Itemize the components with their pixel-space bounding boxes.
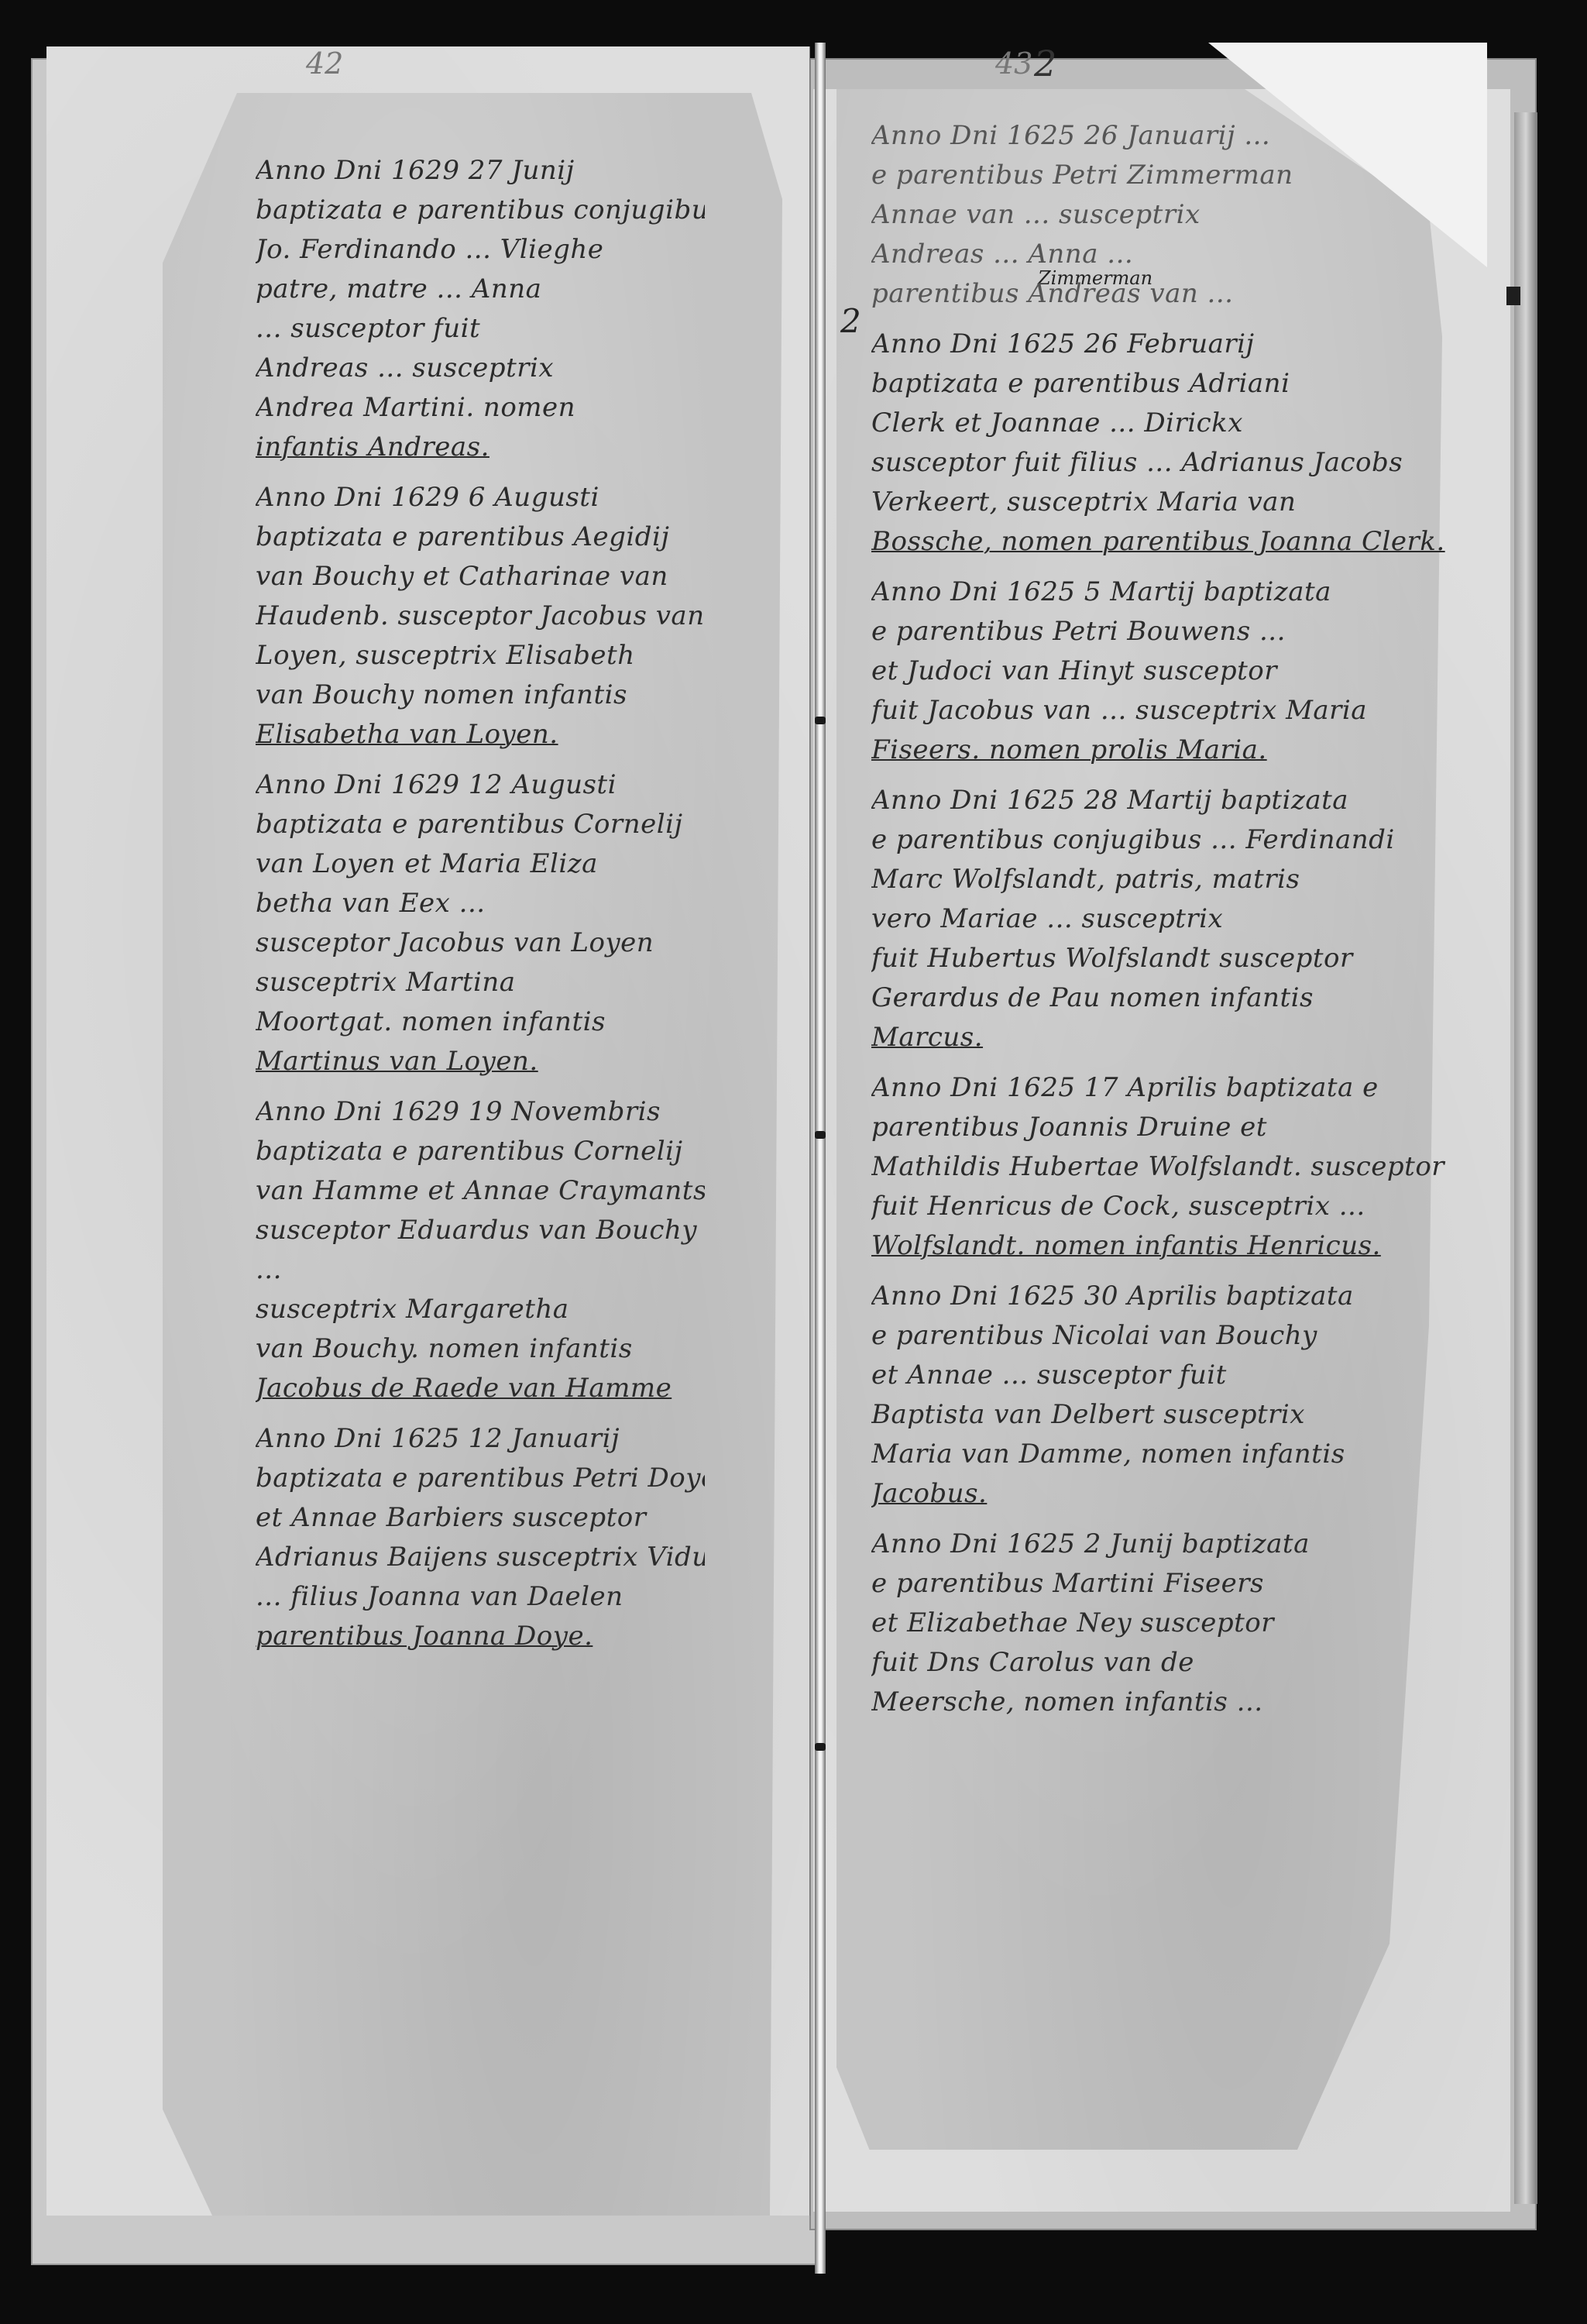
entry-line: Annae van ... susceptrix: [871, 195, 1475, 235]
binding-stitch: [815, 1743, 826, 1751]
baptism-entry: Anno Dni 1625 17 Aprilis baptizata epare…: [871, 1068, 1475, 1266]
entry-line: e parentibus Nicolai van Bouchy: [871, 1316, 1475, 1356]
baptism-entry: Anno Dni 1625 26 Februarijbaptizata e pa…: [871, 325, 1475, 562]
right-fore-edge: [1514, 112, 1537, 2204]
edge-tab-mark: [1506, 287, 1520, 305]
left-folio-number: 42: [306, 46, 343, 81]
entry-line: fuit Jacobus van ... susceptrix Maria: [871, 691, 1475, 731]
entry-line: Andrea Martini. nomen: [256, 388, 705, 428]
entry-line: et Elizabethae Ney susceptor: [871, 1604, 1475, 1643]
entry-line: Anno Dni 1625 26 Januarij ...: [871, 116, 1475, 156]
entry-date-line: Anno Dni 1629 12 Augusti: [256, 765, 705, 805]
baptism-entry: Anno Dni 1629 12 Augustibaptizata e pare…: [256, 765, 705, 1081]
entry-line: Marcus.: [871, 1018, 1475, 1057]
entry-line: e parentibus Petri Bouwens ...: [871, 612, 1475, 651]
binding-stitch: [815, 1131, 826, 1139]
baptism-entry: Anno Dni 1625 28 Martij baptizatae paren…: [871, 781, 1475, 1057]
entry-line: baptizata e parentibus Petri Doye: [256, 1459, 705, 1498]
entry-line: Loyen, susceptrix Elisabeth: [256, 636, 705, 676]
entry-line: fuit Hubertus Wolfslandt susceptor: [871, 939, 1475, 978]
entry-line: Marc Wolfslandt, patris, matris: [871, 860, 1475, 899]
entry-date-line: Anno Dni 1625 28 Martij baptizata: [871, 781, 1475, 820]
entry-line: Maria van Damme, nomen infantis: [871, 1435, 1475, 1474]
entry-line: susceptrix Margaretha: [256, 1290, 705, 1329]
baptism-entry: Anno Dni 1625 2 Junij baptizatae parenti…: [871, 1525, 1475, 1722]
entry-line: parentibus Andreas van ...: [871, 274, 1475, 314]
entry-date-line: Anno Dni 1625 30 Aprilis baptizata: [871, 1277, 1475, 1316]
entry-line: fuit Dns Carolus van de: [871, 1643, 1475, 1683]
left-page-entries: Anno Dni 1629 27 Junijbaptizata e parent…: [256, 151, 705, 1667]
entry-line: baptizata e parentibus conjugibus: [256, 191, 705, 230]
entry-line: Clerk et Joannae ... Dirickx: [871, 404, 1475, 443]
right-folio-number-faint: 43: [995, 46, 1032, 81]
baptism-entry: Anno Dni 1625 5 Martij baptizatae parent…: [871, 572, 1475, 770]
margin-entry-number: 2: [840, 302, 861, 340]
entry-line: Bossche, nomen parentibus Joanna Clerk.: [871, 522, 1475, 562]
entry-line: susceptrix Martina: [256, 963, 705, 1002]
entry-date-line: Anno Dni 1625 5 Martij baptizata: [871, 572, 1475, 612]
entry-line: van Bouchy nomen infantis: [256, 676, 705, 715]
entry-line: e parentibus Petri Zimmerman: [871, 156, 1475, 195]
baptism-entry: Anno Dni 1625 12 Januarijbaptizata e par…: [256, 1419, 705, 1656]
book-binding: [815, 43, 826, 2274]
entry-line: Verkeert, susceptrix Maria van: [871, 483, 1475, 522]
entry-line: Wolfslandt. nomen infantis Henricus.: [871, 1226, 1475, 1266]
entry-line: vero Mariae ... susceptrix: [871, 899, 1475, 939]
baptism-entry: Anno Dni 1629 19 Novembrisbaptizata e pa…: [256, 1092, 705, 1408]
right-page-entries: Anno Dni 1625 26 Januarij ...e parentibu…: [871, 116, 1475, 1733]
entry-line: van Hamme et Annae Craymants.: [256, 1171, 705, 1211]
entry-line: Elisabetha van Loyen.: [256, 715, 705, 755]
entry-line: baptizata e parentibus Adriani: [871, 364, 1475, 404]
entry-line: et Annae ... susceptor fuit: [871, 1356, 1475, 1395]
entry-line: susceptor Eduardus van Bouchy: [256, 1211, 705, 1250]
faded-entry: Anno Dni 1625 26 Januarij ...e parentibu…: [871, 116, 1475, 314]
entry-line: patre, matre ... Anna: [256, 270, 705, 309]
entry-line: van Loyen et Maria Eliza: [256, 844, 705, 884]
entry-line: Jacobus de Raede van Hamme: [256, 1369, 705, 1408]
entry-date-line: Anno Dni 1625 2 Junij baptizata: [871, 1525, 1475, 1564]
entry-line: baptizata e parentibus Aegidij: [256, 517, 705, 557]
baptism-entry: Anno Dni 1629 27 Junijbaptizata e parent…: [256, 151, 705, 467]
entry-line: Gerardus de Pau nomen infantis: [871, 978, 1475, 1018]
entry-line: Meersche, nomen infantis ...: [871, 1683, 1475, 1722]
entry-line: et Judoci van Hinyt susceptor: [871, 651, 1475, 691]
entry-line: ...: [256, 1250, 705, 1290]
entry-line: e parentibus Martini Fiseers: [871, 1564, 1475, 1604]
entry-line: Jacobus.: [871, 1474, 1475, 1514]
entry-line: infantis Andreas.: [256, 428, 705, 467]
entry-line: susceptor Jacobus van Loyen: [256, 923, 705, 963]
entry-line: baptizata e parentibus Cornelij: [256, 1132, 705, 1171]
entry-line: Baptista van Delbert susceptrix: [871, 1395, 1475, 1435]
entry-line: baptizata e parentibus Cornelij: [256, 805, 705, 844]
entry-line: Adrianus Baijens susceptrix Vidua: [256, 1538, 705, 1577]
entry-line: Moortgat. nomen infantis: [256, 1002, 705, 1042]
entry-line: Jo. Ferdinando ... Vlieghe: [256, 230, 705, 270]
entry-line: Haudenb. susceptor Jacobus van: [256, 596, 705, 636]
entry-date-line: Anno Dni 1629 27 Junij: [256, 151, 705, 191]
binding-stitch: [815, 717, 826, 724]
entry-line: van Bouchy et Catharinae van: [256, 557, 705, 596]
entry-line: susceptor fuit filius ... Adrianus Jacob…: [871, 443, 1475, 483]
entry-line: betha van Eex ...: [256, 884, 705, 923]
baptism-entry: Anno Dni 1625 30 Aprilis baptizatae pare…: [871, 1277, 1475, 1514]
entry-line: e parentibus conjugibus ... Ferdinandi: [871, 820, 1475, 860]
entry-line: Andreas ... susceptrix: [256, 349, 705, 388]
entry-line: ... filius Joanna van Daelen: [256, 1577, 705, 1617]
baptism-entry: Anno Dni 1629 6 Augustibaptizata e paren…: [256, 478, 705, 755]
entry-line: ... susceptor fuit: [256, 309, 705, 349]
entry-date-line: Anno Dni 1625 12 Januarij: [256, 1419, 705, 1459]
entry-line: Martinus van Loyen.: [256, 1042, 705, 1081]
entry-line: et Annae Barbiers susceptor: [256, 1498, 705, 1538]
right-folio-number: 2: [1034, 43, 1056, 84]
entry-line: parentibus Joannis Druine et: [871, 1108, 1475, 1147]
entry-date-line: Anno Dni 1629 6 Augusti: [256, 478, 705, 517]
entry-date-line: Anno Dni 1625 17 Aprilis baptizata e: [871, 1068, 1475, 1108]
entry-line: parentibus Joanna Doye.: [256, 1617, 705, 1656]
entry-line: van Bouchy. nomen infantis: [256, 1329, 705, 1369]
entry-date-line: Anno Dni 1625 26 Februarij: [871, 325, 1475, 364]
entry-line: Fiseers. nomen prolis Maria.: [871, 731, 1475, 770]
entry-date-line: Anno Dni 1629 19 Novembris: [256, 1092, 705, 1132]
entry-line: Andreas ... Anna ...: [871, 235, 1475, 274]
entry-line: Mathildis Hubertae Wolfslandt. susceptor: [871, 1147, 1475, 1187]
entry-line: fuit Henricus de Cock, susceptrix ...: [871, 1187, 1475, 1226]
